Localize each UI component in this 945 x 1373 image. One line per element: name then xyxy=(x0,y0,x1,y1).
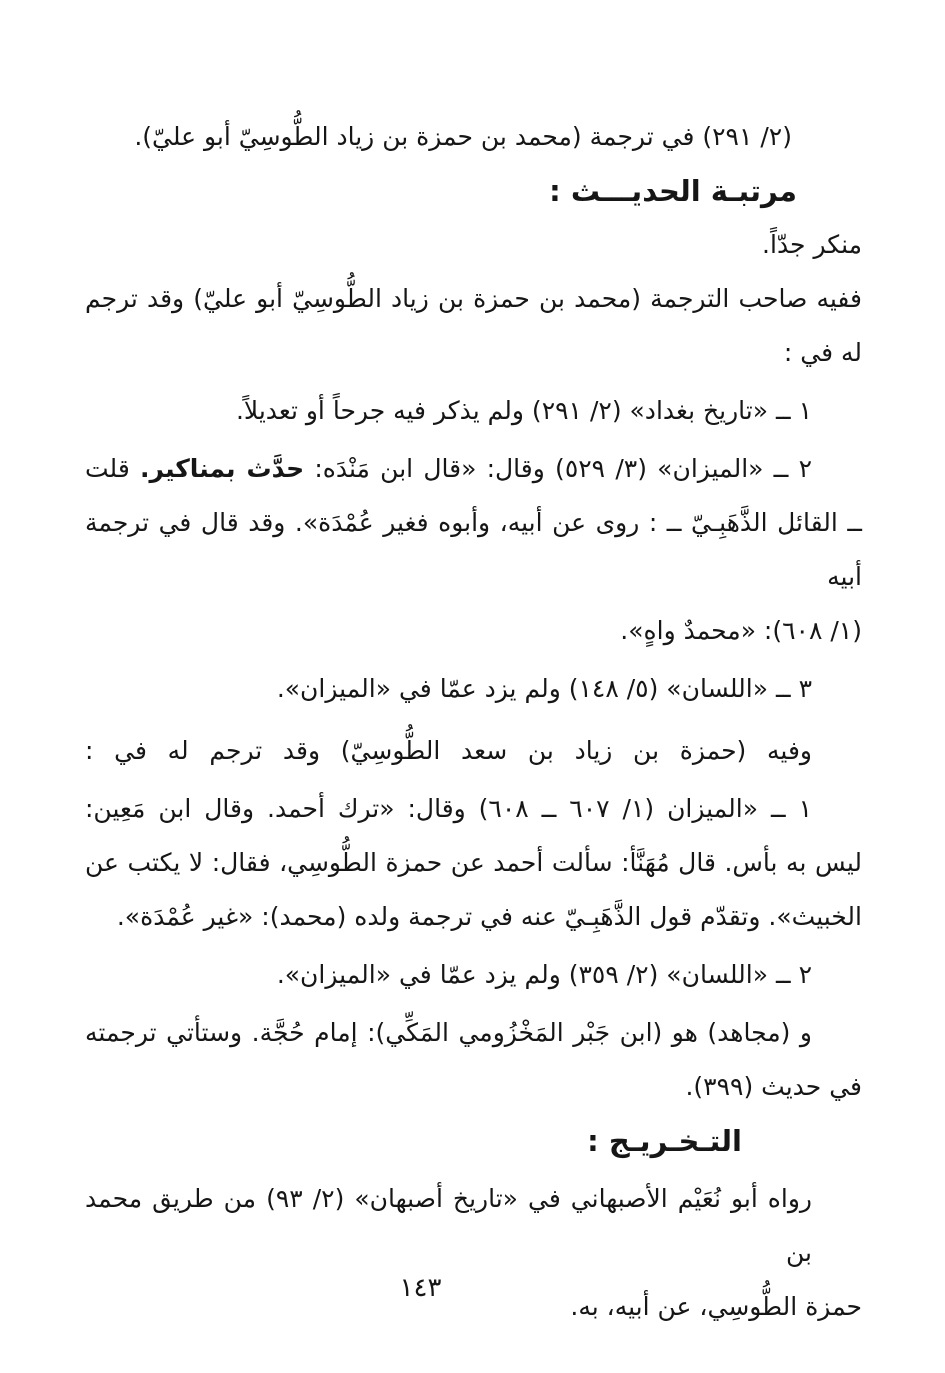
mizan-quote-tail: قلت xyxy=(85,454,140,483)
list1-item2-mizan-line1: ٢ ــ «الميزان» (٣/ ٥٢٩) وقال: «قال ابن م… xyxy=(85,442,862,496)
page-number-value: ١٤٣ xyxy=(400,1273,442,1303)
paragraph-mujahid-line1: و (مجاهد) هو (ابن جَبْر المَخْزُومي المَ… xyxy=(85,1006,862,1060)
list1-item2-mizan-line2: ــ القائل الذَّهَبِـيّ ــ : روى عن أبيه،… xyxy=(85,496,862,604)
mizan-quote-pre: ٢ ــ «الميزان» (٣/ ٥٢٩) وقال: «قال ابن م… xyxy=(304,454,812,483)
list2-item1-mizan-line1: ١ ــ «الميزان (١/ ٦٠٧ ــ ٦٠٨) وقال: «ترك… xyxy=(85,782,862,836)
continuation-reference-line: (٢/ ٢٩١) في ترجمة (محمد بن حمزة بن زياد … xyxy=(85,110,862,164)
bold-assessment-haddatha-bimanakir: حدَّث بمناكير. xyxy=(140,454,304,483)
paragraph-fafihi-line1: ففيه صاحب الترجمة (محمد بن حمزة بن زياد … xyxy=(85,272,862,326)
list1-item3-lisan: ٣ ــ «اللسان» (٥/ ١٤٨) ولم يزد عمّا في «… xyxy=(85,662,862,716)
takhrij-paragraph-line1: رواه أبو نُعَيْم الأصبهاني في «تاريخ أصب… xyxy=(85,1172,862,1280)
section-heading-takhrij: التـخـريـج : xyxy=(85,1114,742,1168)
paragraph-wafihi-hamza: وفيه (حمزة بن زياد بن سعد الطُّوسِيّ) وق… xyxy=(85,724,862,778)
page-number: ١٤٣ xyxy=(0,1266,945,1310)
list2-item2-lisan: ٢ ــ «اللسان» (٢/ ٣٥٩) ولم يزد عمّا في «… xyxy=(85,948,862,1002)
paragraph-mujahid-line2: في حديث (٣٩٩). xyxy=(85,1060,862,1114)
section-heading-hadith-grade: مرتبـة الحديـــث : xyxy=(85,164,797,218)
list1-item1-tarikh-baghdad: ١ ــ «تاريخ بغداد» (٢/ ٢٩١) ولم يذكر فيه… xyxy=(85,384,862,438)
list1-item2-mizan-line3: (١/ ٦٠٨): «محمدٌ واهٍ». xyxy=(85,604,862,658)
page-text-block: (٢/ ٢٩١) في ترجمة (محمد بن حمزة بن زياد … xyxy=(85,0,862,1334)
hadith-grade-line: منكر جدّاً. xyxy=(85,218,862,272)
book-page: (٢/ ٢٩١) في ترجمة (محمد بن حمزة بن زياد … xyxy=(0,0,945,1373)
list2-item1-mizan-line2: ليس به بأس. قال مُهَنَّأ: سألت أحمد عن ح… xyxy=(85,836,862,890)
paragraph-fafihi-line2: له في : xyxy=(85,326,862,380)
list2-item1-mizan-line3: الخبيث». وتقدّم قول الذَّهَبِـيّ عنه في … xyxy=(85,890,862,944)
